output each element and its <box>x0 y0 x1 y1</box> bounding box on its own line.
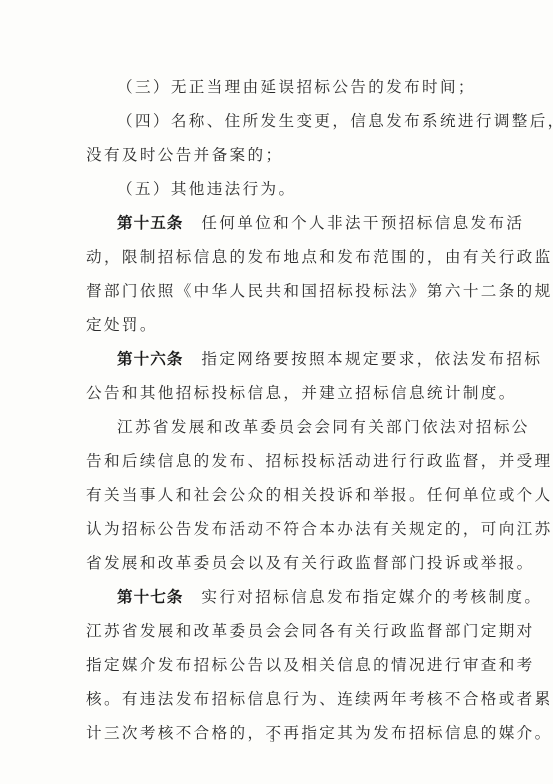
line-text: 江苏省发展和改革委员会会同有关部门依法对招标公 <box>117 418 530 436</box>
clause-3: （三）无正当理由延误招标公告的发布时间； <box>117 77 470 97</box>
article-15: 第十五条任何单位和个人非法干预招标信息发布活 <box>117 213 470 233</box>
line-text: 省发展和改革委员会以及有关行政监督部门投诉或举报。 <box>86 554 535 572</box>
article-15-line-3: 督部门依照《中华人民共和国招标投标法》第六十二条的规 <box>86 281 470 301</box>
line-text: 核。有违法发布招标信息行为、连续两年考核不合格或者累 <box>86 690 553 708</box>
article-16-para-2-line-4: 认为招标公告发布活动不符合本办法有关规定的，可向江苏 <box>86 519 470 539</box>
line-text: 任何单位和个人非法干预招标信息发布活 <box>201 214 524 232</box>
article-17-line-5: 计三次考核不合格的，不再指定其为发布招标信息的媒介。 <box>86 723 470 743</box>
article-heading: 第十五条 <box>117 214 183 232</box>
article-17: 第十七条实行对招标信息发布指定媒介的考核制度。 <box>117 587 470 607</box>
clause-5: （五）其他违法行为。 <box>117 179 470 199</box>
line-text: 有关当事人和社会公众的相关投诉和举报。任何单位或个人 <box>86 486 553 504</box>
line-text: （四）名称、住所发生变更，信息发布系统进行调整后， <box>117 112 553 130</box>
line-text: 定处罚。 <box>86 316 158 334</box>
line-text: 没有及时公告并备案的； <box>86 146 283 164</box>
line-text: 告和后续信息的发布、招标投标活动进行行政监督，并受理 <box>86 452 553 470</box>
line-text: （三）无正当理由延误招标公告的发布时间； <box>117 78 476 96</box>
article-heading: 第十六条 <box>117 350 183 368</box>
line-text: 公告和其他招标投标信息，并建立招标信息统计制度。 <box>86 384 517 402</box>
article-heading: 第十七条 <box>117 588 183 606</box>
article-15-line-4: 定处罚。 <box>86 315 470 335</box>
article-17-line-4: 核。有违法发布招标信息行为、连续两年考核不合格或者累 <box>86 689 470 709</box>
article-15-line-2: 动，限制招标信息的发布地点和发布范围的，由有关行政监 <box>86 247 470 267</box>
line-text: 江苏省发展和改革委员会会同各有关行政监督部门定期对 <box>86 622 535 640</box>
article-16-para-2: 江苏省发展和改革委员会会同有关部门依法对招标公 <box>117 417 470 437</box>
line-text: 指定媒介发布招标公告以及相关信息的情况进行审查和考 <box>86 656 535 674</box>
article-17-line-2: 江苏省发展和改革委员会会同各有关行政监督部门定期对 <box>86 621 470 641</box>
article-16: 第十六条指定网络要按照本规定要求，依法发布招标 <box>117 349 470 369</box>
article-16-para-2-line-3: 有关当事人和社会公众的相关投诉和举报。任何单位或个人 <box>86 485 470 505</box>
page-number: 5 <box>270 734 275 744</box>
article-17-line-3: 指定媒介发布招标公告以及相关信息的情况进行审查和考 <box>86 655 470 675</box>
article-16-para-2-line-2: 告和后续信息的发布、招标投标活动进行行政监督，并受理 <box>86 451 470 471</box>
clause-4: （四）名称、住所发生变更，信息发布系统进行调整后， <box>117 111 470 131</box>
line-text: （五）其他违法行为。 <box>117 180 296 198</box>
line-text: 实行对招标信息发布指定媒介的考核制度。 <box>201 588 542 606</box>
line-text: 动，限制招标信息的发布地点和发布范围的，由有关行政监 <box>86 248 553 266</box>
line-text: 认为招标公告发布活动不符合本办法有关规定的，可向江苏 <box>86 520 553 538</box>
article-16-para-2-line-5: 省发展和改革委员会以及有关行政监督部门投诉或举报。 <box>86 553 470 573</box>
article-16-line-2: 公告和其他招标投标信息，并建立招标信息统计制度。 <box>86 383 470 403</box>
line-text: 督部门依照《中华人民共和国招标投标法》第六十二条的规 <box>86 282 553 300</box>
clause-4-cont: 没有及时公告并备案的； <box>86 145 470 165</box>
line-text: 计三次考核不合格的，不再指定其为发布招标信息的媒介。 <box>86 724 553 742</box>
line-text: 指定网络要按照本规定要求，依法发布招标 <box>201 350 542 368</box>
document-page: （三）无正当理由延误招标公告的发布时间； （四）名称、住所发生变更，信息发布系统… <box>0 0 553 784</box>
